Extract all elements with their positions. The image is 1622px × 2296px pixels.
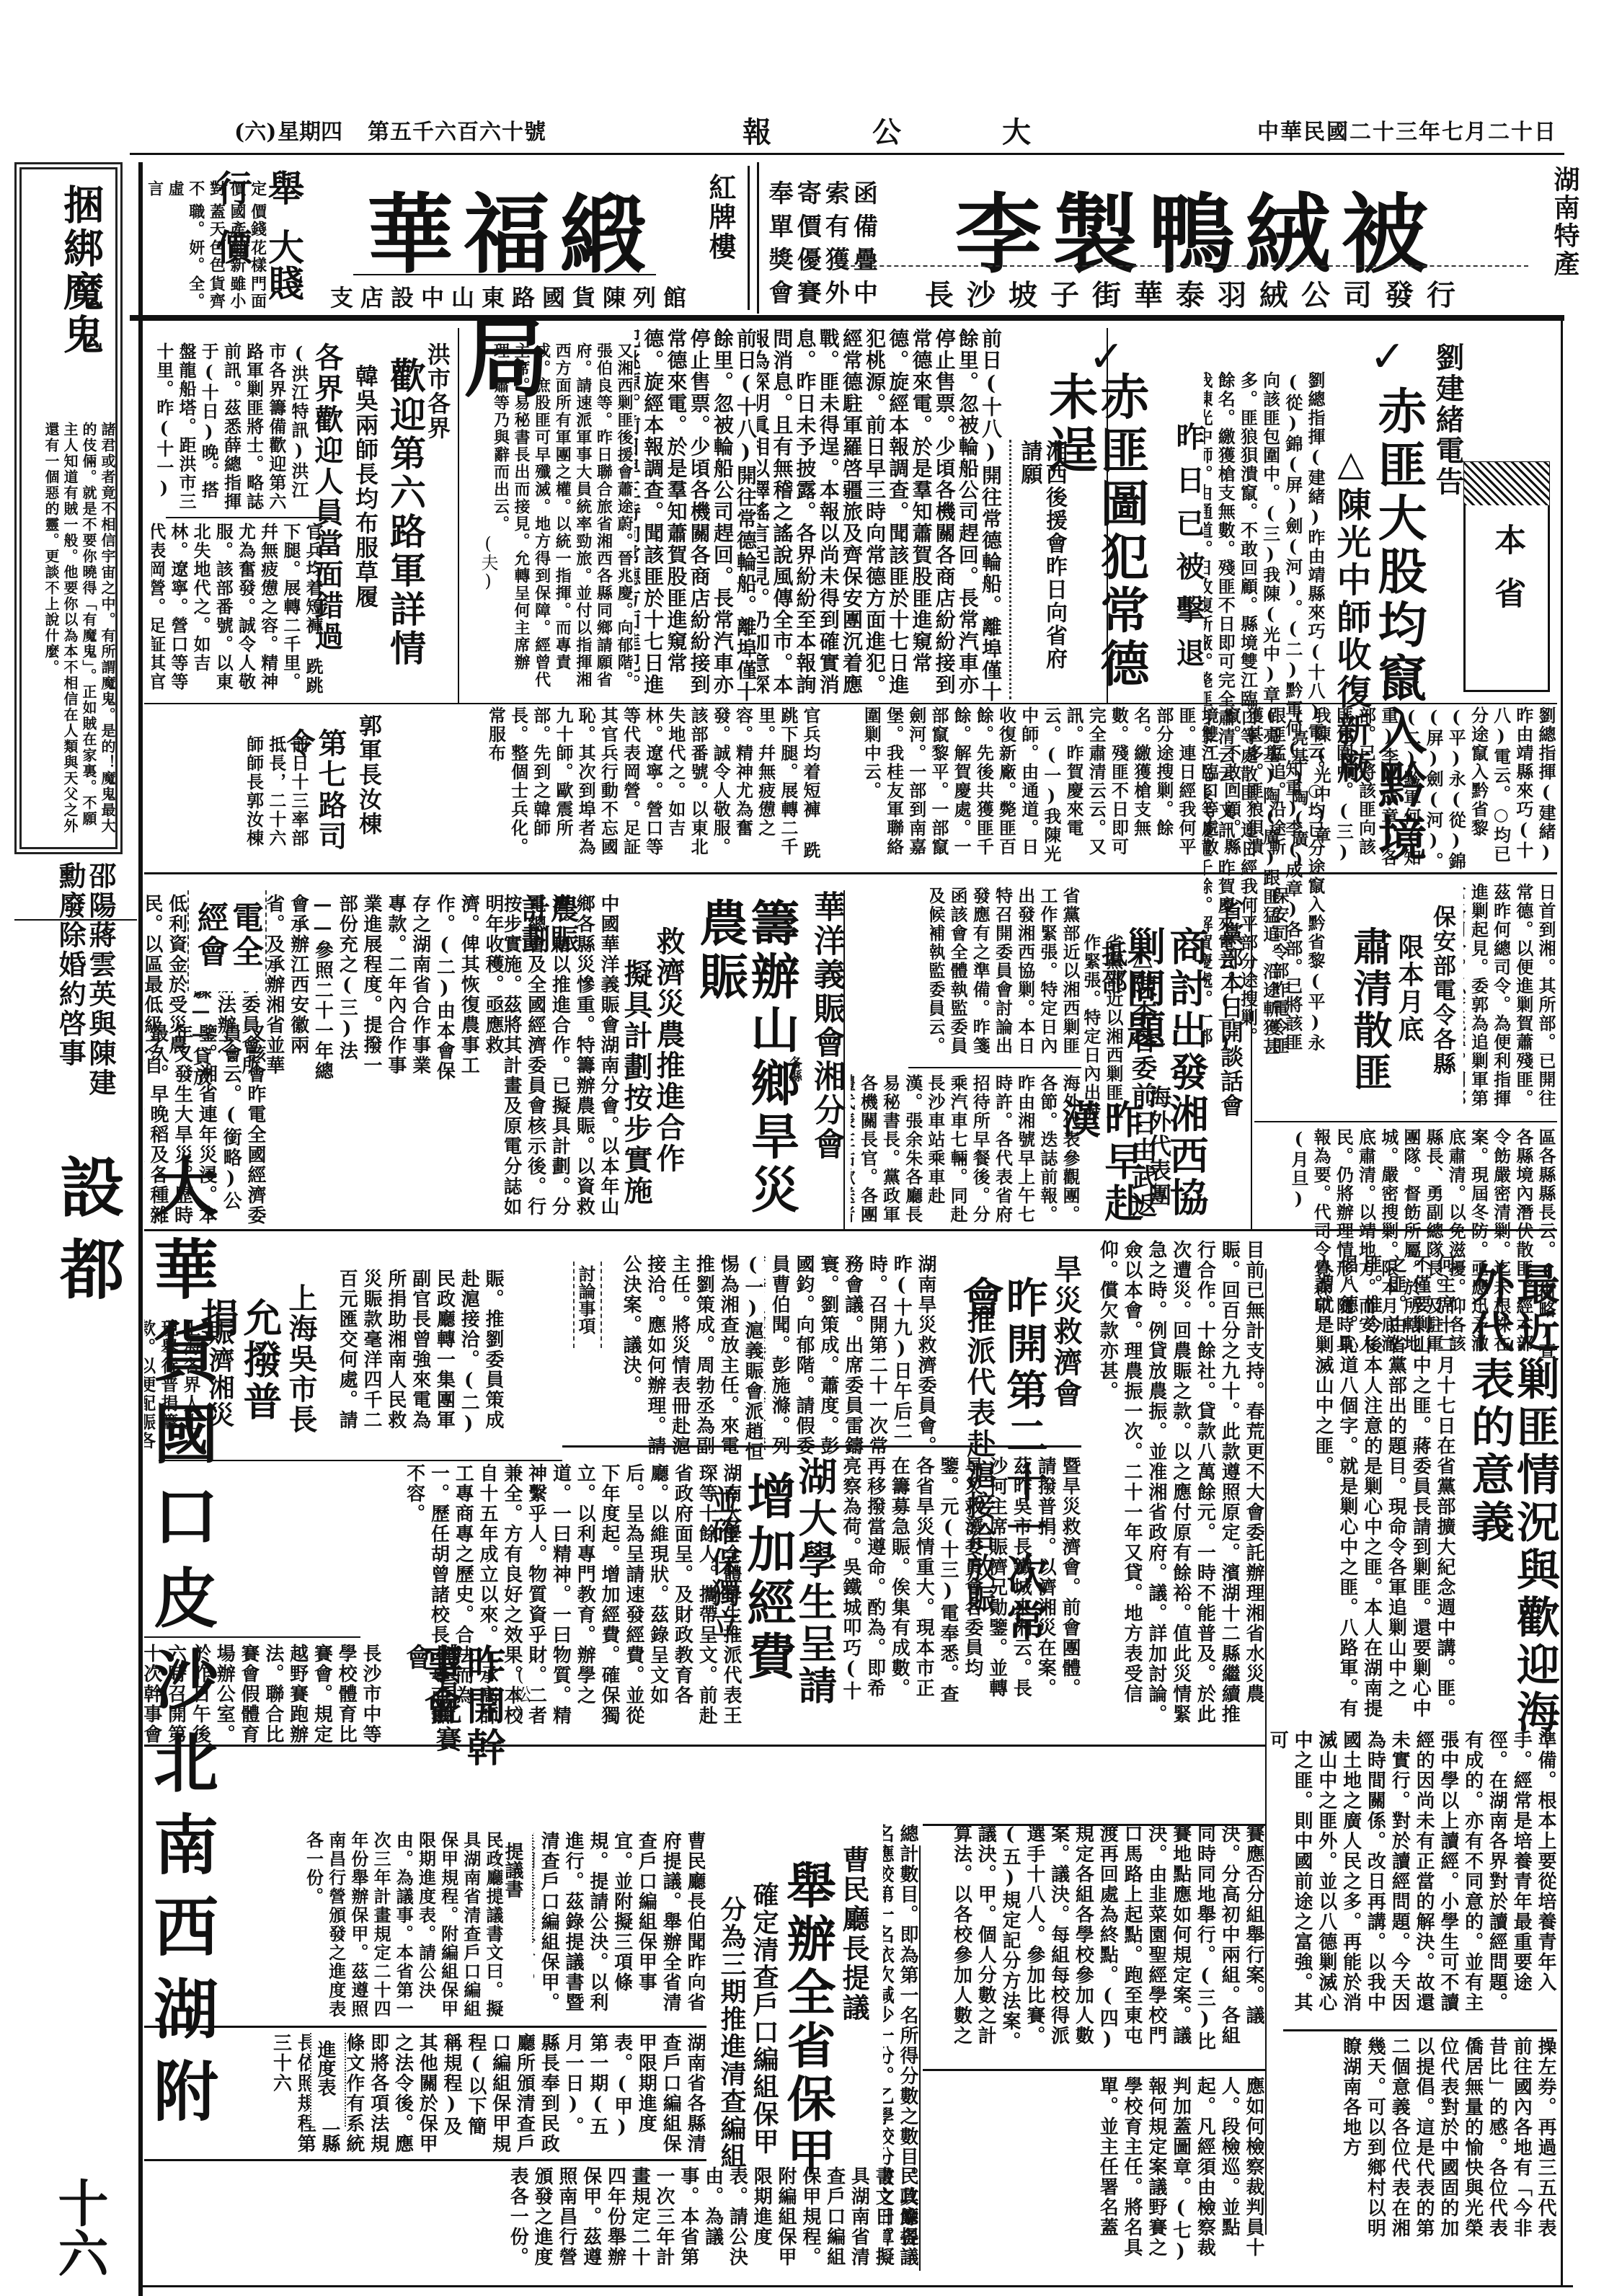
article-body: 長沙市中等學校體育比賽會。規定越野賽跑辦法。聯合比賽會假體育場辦公室。於昨日午後…	[144, 1644, 382, 1759]
inner-rule	[1283, 2029, 1557, 2031]
masthead-rule	[130, 153, 1564, 155]
ads-bottom-rule	[130, 315, 1564, 321]
ad-branch: 支店設中山東路國貨陳列館	[324, 280, 699, 313]
ad-tagline: 定價對不虛言 價錢國產蓋天職。 花樣翻新色色妍。 門面雖小貨齊全。	[144, 180, 268, 310]
column-rule	[458, 328, 459, 703]
paper-name: 大 公 報	[743, 110, 1031, 151]
ad-side-notes: 函索寄奉 備有價單 疊獲優獎 中外賽會	[764, 180, 877, 310]
ad-tag: 紅牌樓	[705, 173, 735, 303]
ad-separator	[757, 162, 759, 314]
row-rule	[144, 872, 1557, 874]
article-kicker: 上海吳市長	[284, 1283, 317, 1449]
continued-body: 劉總指揮(建緒)昨由靖縣來巧(十八)電云。○均已分途竄入黔省黎(平)永(從)錦(…	[836, 706, 1557, 872]
column-rule	[919, 1845, 921, 2271]
box-discussion: 討論事項	[573, 1262, 602, 1348]
ad-rule	[353, 274, 656, 275]
ad-divider	[836, 265, 1528, 267]
article-subhead: 韓吳兩師長均布服草履	[352, 364, 378, 696]
article-sports-meeting: 長沙市中等學校體育比賽會。規定越野賽跑辦法。聯合比賽會假體育場辦公室。於昨日午後…	[144, 1636, 533, 1759]
inner-rule	[562, 1445, 1081, 1448]
inner-rule	[159, 1460, 562, 1461]
article-body: 前日(十八)開往常德輪船。離埠僅十餘里。忽被輪船公司趕回。長常汽車亦停止售票。少…	[757, 328, 1002, 703]
box-label: 農賑計劃	[519, 894, 577, 973]
inner-rule	[144, 2026, 706, 2028]
box-national-econ: 電全經會	[187, 890, 267, 991]
article-kicker: 劉建緒電告	[1432, 342, 1463, 559]
article-body3: 湖南省各縣清查戶口編組保甲限期進度表。(甲)第一期(五月一日)。縣長奉到民政廳所…	[144, 2033, 706, 2155]
article-kicker: 海外代表團	[1145, 1085, 1171, 1229]
article-editorial-body3: 準備。根本上要從培養青年入手。經常是培養青年最重要途徑。在湖南各界對於讀經問題。…	[1269, 1730, 1557, 2026]
article-headline-2: 肅清散匪	[1349, 926, 1391, 1107]
article-kicker: 曹民廳長提議	[838, 1845, 869, 2091]
sidebar-rule	[14, 919, 137, 921]
continued-body-b: 官兵均着短褲 跣跳下腿。展轉二千里。幷無疲憊之容。精神尤為奮發。誠令人敬服。該部…	[389, 706, 822, 872]
article-deck: 湘西後援會昨日向省府請願	[1016, 440, 1066, 692]
article-headline: 歡迎第六路軍詳情	[386, 357, 425, 717]
article-editorial: 最近剿匪情況與歡迎海外代表的意義 何主席十二月十七日在省黨部擴大紀念週中講。匪。…	[1269, 1233, 1557, 1737]
article-headline-1: 限本月底	[1394, 934, 1424, 1078]
column-rule	[1251, 897, 1252, 1229]
article-overseas-delegation: 海外代表團 昨早赴漢	[1081, 1071, 1251, 1229]
ad-duck-down-quilt: 湖南特產 李製鴨絨被 長沙坡子街華泰羽絨公司發行 函索寄奉 備有價單 疊獲優獎 …	[764, 159, 1579, 314]
article-body: 日首到湘。其所部。已開往常德。以便進剿賀蕭殘匪。茲昨何總司令。為便利指揮進剿起見…	[1463, 883, 1557, 1114]
box-label: 電全經會	[192, 901, 262, 991]
article-signature: (松)	[508, 1665, 533, 1723]
ad-maker: 長沙坡子街華泰羽絨公司發行	[858, 272, 1535, 314]
article-deck: 賑濟湘災	[205, 1319, 234, 1463]
article-kicker: 洪市各界	[424, 342, 451, 487]
row-rule	[144, 1229, 1557, 1231]
article-body3: 又該會昨電全國經濟委員會云。(銜略)公鑒。湘省連年災浸。本年又發生大旱災。歷時最…	[144, 1024, 267, 1225]
article-changde-headline: ✓ 赤匪圖犯常德未逞 昨日已被擊退	[1045, 328, 1211, 703]
row2-continued-text: 劉總指揮(建緒)昨由靖縣來巧(十八)電云。○均已分途竄入黔省黎(平)永(從)錦(…	[144, 706, 1557, 872]
article-shanghai-mayor: 賑。推劉委員策成赴滬接洽。(二)民政廳轉一集團軍副官長曾強來電為所捐助湘南人民救…	[144, 1262, 505, 1456]
article-editorial-cont: 目前已無計支持。春荒更不大會委託辦理湘省水災農賑。回百分之九十。此款遵照原定。濱…	[1081, 1240, 1265, 1730]
box-farm-relief-plan: 農賑計劃	[505, 894, 577, 973]
ad-silk-shop: 紅牌樓 華福緞局 支店設中山東路國貨陳列館 舉行 大賤價 定價對不虛言 價錢國產…	[144, 159, 750, 314]
page-number: (六)	[234, 114, 276, 146]
article-kicker: 郭軍長汝棟	[355, 714, 382, 858]
article-body: 前日十三率部抵長，二十六師師長郭汝棟	[238, 735, 310, 865]
article-signature: (夫)	[476, 533, 501, 591]
page-right-border	[1561, 317, 1563, 2285]
deck-rule	[1009, 440, 1011, 699]
article-kicker: 華洋義賑會湘分會	[809, 890, 843, 1222]
article-body2: 海外代表參觀團。各節。迭誌前報。昨由湘號早上午七時許。各代表省府招待所早餐後。分…	[851, 1074, 1081, 1225]
masthead: (六) 星期四 第五千六百六十號 大 公 報 中華民國二十三年七月二十日	[144, 108, 1557, 151]
section-label: 本省	[1489, 523, 1524, 630]
row-rule	[144, 703, 1557, 704]
article-headline: 昨開幹事會	[419, 1644, 505, 1788]
article-body: 湖南旱災救濟委員會。昨(十九)日午后二時。召開第二十一次常務會議。出席委員雷鑄寰…	[764, 1254, 937, 1471]
inner-rule	[923, 2069, 1265, 2071]
article-hongjiang-welcome: 洪市各界 歡迎第六路軍詳情 韓吳兩師長均布服草履 各界歡迎人員當面錯過 (洪江特…	[144, 328, 458, 703]
box-progress-table: 進度表	[310, 2033, 346, 2127]
article-kicker: 保安部電令各縣	[1430, 905, 1456, 1078]
article-body-cont: 民政廳提議書文曰。擬具湖南省清查戶口編組保甲規程。附編組保甲限期進度表。請公決由…	[144, 2166, 919, 2282]
inner-rule	[1254, 1121, 1557, 1122]
sidebar-column-box: 捆綁魔鬼 諸君或者竟不相信宇宙之中。有所謂魔鬼。是的！魔鬼最大的伎倆。就是不要你…	[14, 162, 123, 854]
article-body-cont: (一)滬義賑會派趙恒惕為湘查放主任。來電推劉策成。周勃丞為副主任。將災情表冊赴滬…	[505, 1254, 764, 1471]
article-deck: 保安司令部昨電令匪	[1262, 887, 1290, 1117]
issue-number: 第五千六百六十號	[368, 114, 546, 146]
ad-region-label: 湖南特產	[1550, 166, 1579, 310]
article-body: 上海各界人士。現舉行普捐籌款。以便配賑各省旱災。匪災。何主席。	[144, 1319, 202, 1456]
article-subhead: 昨日已被擊退	[1172, 422, 1204, 696]
article-body: 何主席十二月十七日在省黨部擴大紀念週中講。匪。不僅要剿山中之匪。蔣委員長請到剿匪…	[1269, 1254, 1456, 1730]
box-label: 討論事項	[573, 1265, 598, 1334]
article-liu-telegram: ✓ 劉建緒電告 赤匪大股均竄入黔境 △陳光中師收復新廠 劉總指揮(建緒)昨由靖縣…	[1211, 328, 1463, 703]
article-headline: 最近剿匪情況與歡迎海外代表的意義	[1466, 1262, 1557, 1766]
ad-brand: 李製鴨絨被	[858, 166, 1535, 290]
ad-border	[748, 166, 750, 310]
article-headline: 湖大學生呈請	[794, 1456, 836, 1759]
page-left-border	[138, 162, 143, 2296]
section-label-box: 本省	[1463, 461, 1550, 692]
article-editorial-body4: 操左券。再過三五代表前往國內各地有「今非昔比」的感。各位代表僑居無量的愉快與光榮…	[1269, 2036, 1557, 2253]
article-bandit-cleanup: 日首到湘。其所部。已開往常德。以便進剿賀蕭殘匪。茲昨何總司令。為便利指揮進剿起見…	[1312, 876, 1557, 1121]
inner-rule	[166, 517, 332, 518]
inner-rule	[144, 2159, 706, 2161]
box-proposal: 提議書	[497, 1835, 533, 1943]
box-label: 進度表	[312, 2040, 339, 2096]
sidebar-notice-headline: 邵陽蔣雲英與陳建勳廢除婚約啓事	[22, 861, 115, 1121]
article-body-cont: 前日(十八)開往常德輪船。離埠僅十餘里。忽被輪船公司趕回。長常汽車亦停止售票。少…	[634, 328, 757, 703]
section-roof-decoration	[1464, 462, 1549, 505]
article-sports-cont: 賽應否分組舉行案。議決。分高初中兩組。各組同時同地舉行。(三)比賽地點應如何規定…	[923, 1824, 1265, 2062]
article-headline-note: 各縣	[785, 1056, 804, 1082]
weekday: 星期四	[278, 114, 342, 146]
sidebar-price: 十六	[43, 2177, 116, 2292]
article-body3: 暨旱災救濟會。前會團體。請撥普捐。以濟湘災在案。茲昨吳市長鐵城來湘云。長沙何主席…	[843, 1456, 1081, 1716]
inner-rule	[908, 1067, 1081, 1068]
check-mark-icon: ✓	[1370, 332, 1406, 382]
page-bottom-border	[138, 2285, 1573, 2287]
article-sports-cont3: 應如何檢察裁判員十人。段檢巡。並點起。凡經須由檢察裁判加蓋圖章。(七)報何規定案…	[923, 2076, 1265, 2271]
article-guo-appointment: 郭軍長汝棟 第七路司令 前日十三率部抵長，二十六師師長郭汝棟	[231, 714, 389, 865]
article-deck-1: 救濟災農推進合作	[652, 926, 684, 1229]
article-body2: 又湘西剿匪後援會蕭途蔚。晉兆慶。向郁階。張伯良等。昨日聯合旅省湘西各縣同鄉請願省…	[490, 342, 634, 703]
article-deck-2: 擬具計劃按步實施	[620, 959, 652, 1233]
column-rule	[1265, 1269, 1267, 2235]
article-famine-relief: 華洋義賑會湘分會 籌辦山鄉旱災農賑 各縣	[692, 876, 843, 1229]
article-body: 曹民廳長伯聞昨向省府提議。舉辦全省清查戶口編組保甲事宜。並附擬三項條規。提請公決…	[533, 1831, 706, 2018]
article-body2: 官兵均着短褲 跣跳下腿。展轉二千里。幷無疲憊之容。精神尤為奮發。誠令人敬服。該部…	[151, 523, 324, 696]
issue-date: 中華民國二十三年七月二十日	[1257, 114, 1557, 146]
article-body-cont: 省黨部近以湘西剿匪工作緊張。特定日內出發湘西協剿。本日特召開委員會討論出發應有之…	[930, 887, 1081, 1060]
box-label: 提議書	[500, 1842, 526, 1898]
article-headline: 籌辦山鄉旱災農賑	[693, 897, 797, 1244]
article-headline2: 增加經費	[742, 1471, 793, 1773]
sidebar-body: 諸君或者竟不相信宇宙之中。有所謂魔鬼。是的！魔鬼最大的伎倆。就是不要你曉得「有魔…	[23, 184, 117, 840]
article-body: (洪江特訊)洪江市各界籌備歡迎第六路軍剿匪將士。略誌前訊。茲悉薛總指揮于(十日)…	[151, 342, 310, 515]
article-body2: 賑。推劉委員策成赴滬接洽。(二)民政廳轉一集團軍副官長曾強來電為所捐助湘南人民救…	[339, 1269, 505, 1449]
inner-rule	[923, 1824, 1265, 1826]
article-body2: 民政廳提議書文曰。擬具湖南省清查戶口編組保甲規程。附編組保甲限期進度表。請公決由…	[144, 1831, 505, 2026]
